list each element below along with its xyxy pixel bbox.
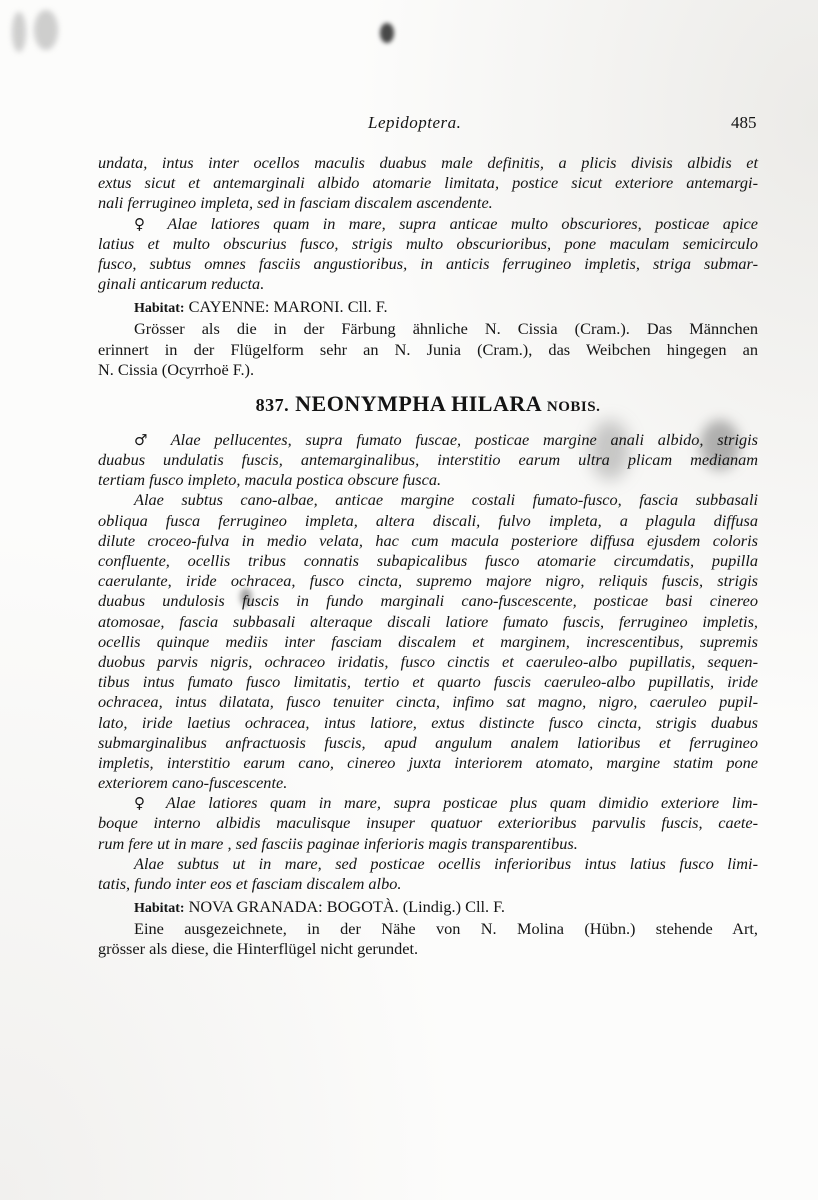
text-line: duobus parvis nigris, ochraceo iridatis,… (98, 652, 758, 672)
species-heading: 837. NEONYMPHA HILARA NOBIS. (98, 394, 758, 422)
scanned-page: Lepidoptera. 485 undata, intus inter oce… (0, 0, 818, 1200)
female-symbol-icon: ♀ (134, 794, 154, 812)
text-line: tibus intus fumato fusco limitatis, tert… (98, 672, 758, 692)
female-description-first-line: ♀ Alae latiores quam in mare, supra post… (98, 793, 758, 813)
female-description-first-line: ♀ Alae latiores quam in mare, supra anti… (98, 214, 758, 234)
remark-line: grösser als diese, die Hinterflügel nich… (98, 939, 758, 959)
text-line: atomosae, fascia subbasali alteraque dis… (98, 612, 758, 632)
text-line: boque interno albidis maculisque insuper… (98, 813, 758, 833)
paper-stain (34, 10, 58, 50)
species-number: 837. (256, 395, 290, 415)
text-line: duabus undulatis fuscis, antemarginalibu… (98, 450, 758, 470)
text-line: undata, intus inter ocellos maculis duab… (98, 153, 758, 173)
male-description-first-line: ♂ Alae pellucentes, supra fumato fuscae,… (98, 430, 758, 450)
remark-line: Eine ausgezeichnete, in der Nähe von N. … (98, 919, 758, 939)
habitat-value: NOVA GRANADA: BOGOTÀ. (Lindig.) Cll. F. (189, 897, 505, 916)
text-line: lato, iride laetius ochracea, intus lati… (98, 713, 758, 733)
species-author: NOBIS. (547, 399, 600, 415)
habitat-line: Habitat: CAYENNE: MARONI. Cll. F. (98, 297, 758, 319)
text-line: obliqua fusca ferrugineo impleta, altera… (98, 511, 758, 531)
text-line: exteriorem cano-fuscescente. (98, 773, 758, 793)
male-symbol-icon: ♂ (134, 431, 157, 449)
page-number: 485 (731, 113, 757, 133)
remark-line: N. Cissia (Ocyrrhoë F.). (98, 360, 758, 380)
habitat-line: Habitat: NOVA GRANADA: BOGOTÀ. (Lindig.)… (98, 897, 758, 919)
paper-stain (380, 23, 394, 43)
text-line: Alae subtus ut in mare, sed posticae oce… (98, 854, 758, 874)
habitat-value: CAYENNE: MARONI. Cll. F. (189, 297, 388, 316)
text-line: impletis, interstitio earum cano, cinere… (98, 753, 758, 773)
female-symbol-icon: ♀ (134, 215, 154, 233)
text-line: ginali anticarum reducta. (98, 274, 758, 294)
text-line: submarginalibus anfractuosis fuscis, apu… (98, 733, 758, 753)
text-line: fusco, subtus omnes fasciis angustioribu… (98, 254, 758, 274)
habitat-label: Habitat: (134, 901, 185, 916)
species-name: NEONYMPHA HILARA (295, 391, 541, 416)
habitat-label: Habitat: (134, 301, 185, 316)
text-line: caerulante, iride ochracea, fusco cincta… (98, 571, 758, 591)
text-line: ocellis quinque mediis inter fasciam dis… (98, 632, 758, 652)
text-line: rum fere ut in mare , sed fasciis pagina… (98, 834, 758, 854)
text-line: extus sicut et antemarginali albido atom… (98, 173, 758, 193)
body-text: undata, intus inter ocellos maculis duab… (98, 153, 758, 960)
running-title: Lepidoptera. (368, 113, 461, 133)
text-line: latius et multo obscurius fusco, strigis… (98, 234, 758, 254)
remark-line: Grösser als die in der Färbung ähnliche … (98, 319, 758, 339)
paper-stain (12, 12, 26, 52)
text-line: tertiam fusco impleto, macula postica ob… (98, 470, 758, 490)
text-line: Alae subtus cano-albae, anticae margine … (98, 490, 758, 510)
text-line: dilute croceo-fulva in medio velata, hac… (98, 531, 758, 551)
text-line: duabus undulosis fuscis in fundo margina… (98, 591, 758, 611)
text-line: nali ferrugineo impleta, sed in fasciam … (98, 193, 758, 213)
text-line: ochracea, intus dilatata, fusco tenuiter… (98, 692, 758, 712)
text-line: tatis, fundo inter eos et fasciam discal… (98, 874, 758, 894)
text-line: confluente, ocellis tribus connatis suba… (98, 551, 758, 571)
running-head: Lepidoptera. 485 (0, 113, 818, 137)
remark-line: erinnert in der Flügelform sehr an N. Ju… (98, 340, 758, 360)
